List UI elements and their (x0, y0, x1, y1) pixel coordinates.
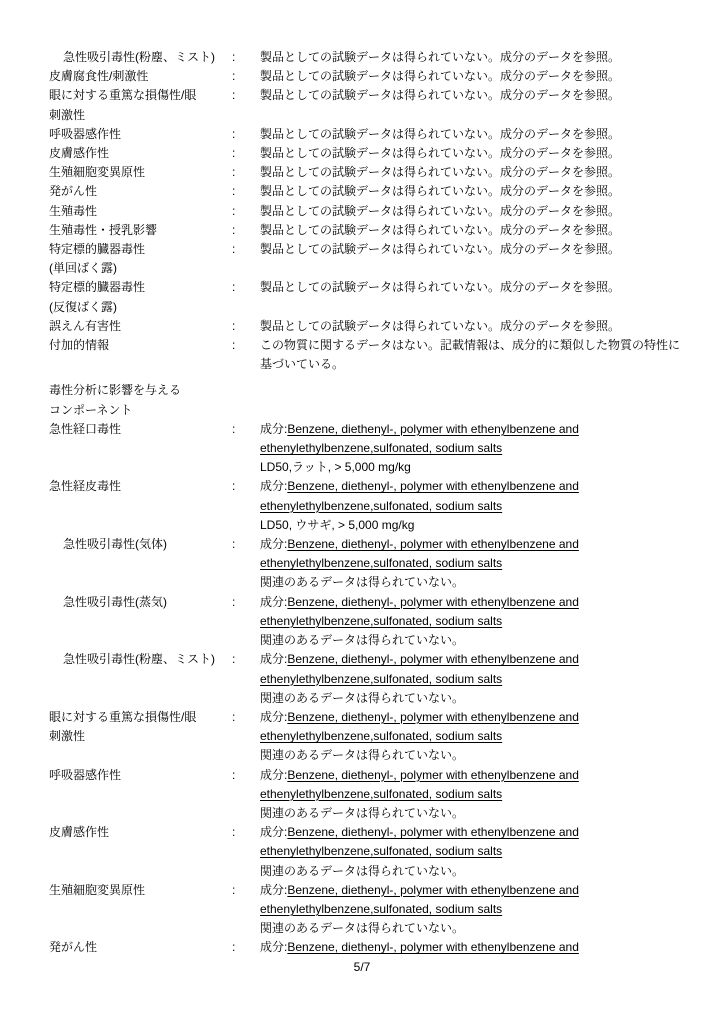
value-line: 関連のあるデータは得られていない。 (260, 746, 694, 765)
value-line: ethenylethylbenzene,sulfonated, sodium s… (260, 497, 694, 516)
text-segment: 成分: (260, 652, 287, 666)
row-label: 急性経皮毒性 (49, 477, 232, 496)
row-colon: : (232, 766, 260, 785)
value-line: 製品としての試験データは得られていない。成分のデータを参照。 (260, 67, 694, 86)
label-line: 刺激性 (49, 727, 232, 746)
label-line: 眼に対する重篤な損傷性/眼 (49, 708, 232, 727)
row-label: 呼吸器感作性 (49, 766, 232, 785)
table-row: 呼吸器感作性 : 成分:Benzene, diethenyl-, polymer… (49, 766, 694, 824)
row-value: 製品としての試験データは得られていない。成分のデータを参照。 (260, 163, 694, 182)
value-line: ethenylethylbenzene,sulfonated, sodium s… (260, 900, 694, 919)
value-line: 基づいている。 (260, 355, 694, 374)
row-label: 生殖毒性 (49, 202, 232, 221)
row-label: 生殖細胞変異原性 (49, 163, 232, 182)
row-value: 製品としての試験データは得られていない。成分のデータを参照。 (260, 144, 694, 163)
table-row: 呼吸器感作性 : 製品としての試験データは得られていない。成分のデータを参照。 (49, 125, 694, 144)
component-name: ethenylethylbenzene,sulfonated, sodium s… (260, 787, 502, 801)
row-colon: : (232, 881, 260, 900)
row-value: 製品としての試験データは得られていない。成分のデータを参照。 (260, 48, 694, 67)
row-colon: : (232, 221, 260, 240)
row-colon: : (232, 67, 260, 86)
row-colon: : (232, 278, 260, 297)
label-line: 付加的情報 (49, 336, 232, 355)
row-label: 特定標的臓器毒性(反復ばく露) (49, 278, 232, 316)
component-name: Benzene, diethenyl-, polymer with etheny… (287, 710, 579, 724)
row-label: 急性経口毒性 (49, 420, 232, 439)
value-line: 製品としての試験データは得られていない。成分のデータを参照。 (260, 202, 694, 221)
label-line: 刺激性 (49, 106, 232, 125)
text-segment: 関連のあるデータは得られていない。 (260, 691, 464, 705)
row-label: 皮膚腐食性/刺激性 (49, 67, 232, 86)
table-row: 急性吸引毒性(蒸気) : 成分:Benzene, diethenyl-, pol… (49, 593, 694, 651)
text-segment: 製品としての試験データは得られていない。成分のデータを参照。 (260, 319, 620, 333)
value-line: ethenylethylbenzene,sulfonated, sodium s… (260, 785, 694, 804)
value-line: LD50, ウサギ, > 5,000 mg/kg (260, 516, 694, 535)
table-row: 皮膚感作性 : 成分:Benzene, diethenyl-, polymer … (49, 823, 694, 881)
table-row: 眼に対する重篤な損傷性/眼刺激性 : 製品としての試験データは得られていない。成… (49, 86, 694, 124)
row-value: 成分:Benzene, diethenyl-, polymer with eth… (260, 420, 694, 478)
text-segment: 成分: (260, 537, 287, 551)
row-label: 急性吸引毒性(蒸気) (49, 593, 232, 612)
text-segment: 成分: (260, 825, 287, 839)
component-name: Benzene, diethenyl-, polymer with etheny… (287, 479, 579, 493)
component-name: ethenylethylbenzene,sulfonated, sodium s… (260, 844, 502, 858)
table-row: 毒性分析に影響を与えるコンポーネント (49, 381, 694, 419)
row-label: 急性吸引毒性(気体) (49, 535, 232, 554)
row-value: 成分:Benzene, diethenyl-, polymer with eth… (260, 477, 694, 535)
text-segment: LD50,ラット, > 5,000 mg/kg (260, 460, 411, 474)
text-segment: 製品としての試験データは得られていない。成分のデータを参照。 (260, 127, 620, 141)
row-colon: : (232, 535, 260, 554)
text-segment: 関連のあるデータは得られていない。 (260, 748, 464, 762)
label-line: 急性吸引毒性(粉塵、ミスト) (63, 48, 232, 67)
row-colon: : (232, 86, 260, 105)
value-line: ethenylethylbenzene,sulfonated, sodium s… (260, 727, 694, 746)
row-colon: : (232, 125, 260, 144)
component-name: Benzene, diethenyl-, polymer with etheny… (287, 883, 579, 897)
component-name: ethenylethylbenzene,sulfonated, sodium s… (260, 441, 502, 455)
row-label: 特定標的臓器毒性(単回ばく露) (49, 240, 232, 278)
label-line: 急性経口毒性 (49, 420, 232, 439)
row-colon: : (232, 240, 260, 259)
value-line: 成分:Benzene, diethenyl-, polymer with eth… (260, 938, 694, 957)
table-row: 急性吸引毒性(気体) : 成分:Benzene, diethenyl-, pol… (49, 535, 694, 593)
label-line: (単回ばく露) (49, 259, 232, 278)
row-value: 成分:Benzene, diethenyl-, polymer with eth… (260, 938, 694, 957)
row-colon: : (232, 650, 260, 669)
text-segment: 関連のあるデータは得られていない。 (260, 921, 464, 935)
value-line: ethenylethylbenzene,sulfonated, sodium s… (260, 439, 694, 458)
label-line: 誤えん有害性 (49, 317, 232, 336)
table-row: 皮膚感作性 : 製品としての試験データは得られていない。成分のデータを参照。 (49, 144, 694, 163)
row-colon: : (232, 48, 260, 67)
label-line: 皮膚感作性 (49, 823, 232, 842)
row-label: 急性吸引毒性(粉塵、ミスト) (49, 650, 232, 669)
value-line: 関連のあるデータは得られていない。 (260, 862, 694, 881)
row-value: 製品としての試験データは得られていない。成分のデータを参照。 (260, 182, 694, 201)
component-name: Benzene, diethenyl-, polymer with etheny… (287, 422, 579, 436)
value-line: 製品としての試験データは得られていない。成分のデータを参照。 (260, 278, 694, 297)
row-value: 製品としての試験データは得られていない。成分のデータを参照。 (260, 67, 694, 86)
row-value: 成分:Benzene, diethenyl-, polymer with eth… (260, 823, 694, 881)
text-segment: 成分: (260, 710, 287, 724)
value-line: 成分:Benzene, diethenyl-, polymer with eth… (260, 593, 694, 612)
label-line: 呼吸器感作性 (49, 766, 232, 785)
table-row: 付加的情報 : この物質に関するデータはない。記載情報は、成分的に類似した物質の… (49, 336, 694, 374)
value-line: ethenylethylbenzene,sulfonated, sodium s… (260, 670, 694, 689)
component-name: ethenylethylbenzene,sulfonated, sodium s… (260, 614, 502, 628)
text-segment: 関連のあるデータは得られていない。 (260, 864, 464, 878)
label-line: 皮膚腐食性/刺激性 (49, 67, 232, 86)
value-line: 成分:Benzene, diethenyl-, polymer with eth… (260, 650, 694, 669)
row-colon: : (232, 144, 260, 163)
value-line: 製品としての試験データは得られていない。成分のデータを参照。 (260, 86, 694, 105)
text-segment: 製品としての試験データは得られていない。成分のデータを参照。 (260, 280, 620, 294)
label-line: 発がん性 (49, 938, 232, 957)
value-line: 製品としての試験データは得られていない。成分のデータを参照。 (260, 240, 694, 259)
label-line: 眼に対する重篤な損傷性/眼 (49, 86, 232, 105)
text-segment: 成分: (260, 422, 287, 436)
label-line: 特定標的臓器毒性 (49, 278, 232, 297)
row-value: 製品としての試験データは得られていない。成分のデータを参照。 (260, 278, 694, 297)
table-row: 生殖細胞変異原性 : 製品としての試験データは得られていない。成分のデータを参照… (49, 163, 694, 182)
value-line: 関連のあるデータは得られていない。 (260, 919, 694, 938)
component-name: ethenylethylbenzene,sulfonated, sodium s… (260, 556, 502, 570)
value-line: 製品としての試験データは得られていない。成分のデータを参照。 (260, 48, 694, 67)
row-value: 成分:Benzene, diethenyl-, polymer with eth… (260, 650, 694, 708)
table-row: 急性吸引毒性(粉塵、ミスト) : 成分:Benzene, diethenyl-,… (49, 650, 694, 708)
label-line: 急性吸引毒性(蒸気) (63, 593, 232, 612)
text-segment: 成分: (260, 479, 287, 493)
value-line: 製品としての試験データは得られていない。成分のデータを参照。 (260, 125, 694, 144)
value-line: 関連のあるデータは得られていない。 (260, 631, 694, 650)
table-row: 急性経口毒性 : 成分:Benzene, diethenyl-, polymer… (49, 420, 694, 478)
table-row: 発がん性 : 製品としての試験データは得られていない。成分のデータを参照。 (49, 182, 694, 201)
value-line: 成分:Benzene, diethenyl-, polymer with eth… (260, 420, 694, 439)
text-segment: 製品としての試験データは得られていない。成分のデータを参照。 (260, 204, 620, 218)
table-row: 特定標的臓器毒性(反復ばく露) : 製品としての試験データは得られていない。成分… (49, 278, 694, 316)
label-line: コンポーネント (49, 401, 232, 420)
row-label: 生殖毒性・授乳影響 (49, 221, 232, 240)
row-value: 成分:Benzene, diethenyl-, polymer with eth… (260, 881, 694, 939)
value-line: 製品としての試験データは得られていない。成分のデータを参照。 (260, 182, 694, 201)
row-label: 眼に対する重篤な損傷性/眼刺激性 (49, 708, 232, 746)
row-label: 発がん性 (49, 182, 232, 201)
row-value: 製品としての試験データは得られていない。成分のデータを参照。 (260, 240, 694, 259)
component-name: Benzene, diethenyl-, polymer with etheny… (287, 652, 579, 666)
component-name: ethenylethylbenzene,sulfonated, sodium s… (260, 902, 502, 916)
row-value: 成分:Benzene, diethenyl-, polymer with eth… (260, 535, 694, 593)
row-label: 眼に対する重篤な損傷性/眼刺激性 (49, 86, 232, 124)
value-line: LD50,ラット, > 5,000 mg/kg (260, 458, 694, 477)
table-row: 誤えん有害性 : 製品としての試験データは得られていない。成分のデータを参照。 (49, 317, 694, 336)
text-segment: 製品としての試験データは得られていない。成分のデータを参照。 (260, 242, 620, 256)
row-colon: : (232, 708, 260, 727)
toxicology-table: 急性吸引毒性(粉塵、ミスト) : 製品としての試験データは得られていない。成分の… (49, 48, 694, 958)
table-row: 生殖細胞変異原性 : 成分:Benzene, diethenyl-, polym… (49, 881, 694, 939)
value-line: 関連のあるデータは得られていない。 (260, 804, 694, 823)
table-row: 眼に対する重篤な損傷性/眼刺激性 : 成分:Benzene, diethenyl… (49, 708, 694, 766)
value-line: ethenylethylbenzene,sulfonated, sodium s… (260, 842, 694, 861)
value-line: 製品としての試験データは得られていない。成分のデータを参照。 (260, 163, 694, 182)
label-line: 急性吸引毒性(気体) (63, 535, 232, 554)
label-line: 生殖毒性 (49, 202, 232, 221)
value-line: 成分:Benzene, diethenyl-, polymer with eth… (260, 535, 694, 554)
text-segment: 関連のあるデータは得られていない。 (260, 806, 464, 820)
label-line: 急性吸引毒性(粉塵、ミスト) (63, 650, 232, 669)
value-line: 関連のあるデータは得られていない。 (260, 573, 694, 592)
row-colon: : (232, 823, 260, 842)
value-line: この物質に関するデータはない。記載情報は、成分的に類似した物質の特性に (260, 336, 694, 355)
row-label: 付加的情報 (49, 336, 232, 355)
label-line: 毒性分析に影響を与える (49, 381, 232, 400)
row-colon: : (232, 938, 260, 957)
value-line: ethenylethylbenzene,sulfonated, sodium s… (260, 554, 694, 573)
sds-document-page: 急性吸引毒性(粉塵、ミスト) : 製品としての試験データは得られていない。成分の… (0, 0, 724, 1024)
table-row: 発がん性 : 成分:Benzene, diethenyl-, polymer w… (49, 938, 694, 957)
text-segment: 成分: (260, 768, 287, 782)
text-segment: 成分: (260, 595, 287, 609)
label-line: 生殖細胞変異原性 (49, 881, 232, 900)
text-segment: 製品としての試験データは得られていない。成分のデータを参照。 (260, 146, 620, 160)
table-row: 特定標的臓器毒性(単回ばく露) : 製品としての試験データは得られていない。成分… (49, 240, 694, 278)
text-segment: 製品としての試験データは得られていない。成分のデータを参照。 (260, 69, 620, 83)
label-line: 皮膚感作性 (49, 144, 232, 163)
row-value: 製品としての試験データは得られていない。成分のデータを参照。 (260, 221, 694, 240)
row-label: 急性吸引毒性(粉塵、ミスト) (49, 48, 232, 67)
component-name: Benzene, diethenyl-, polymer with etheny… (287, 768, 579, 782)
row-value: 製品としての試験データは得られていない。成分のデータを参照。 (260, 125, 694, 144)
component-name: Benzene, diethenyl-, polymer with etheny… (287, 825, 579, 839)
label-line: (反復ばく露) (49, 298, 232, 317)
table-row: 急性吸引毒性(粉塵、ミスト) : 製品としての試験データは得られていない。成分の… (49, 48, 694, 67)
value-line: 関連のあるデータは得られていない。 (260, 689, 694, 708)
table-row: 生殖毒性・授乳影響 : 製品としての試験データは得られていない。成分のデータを参… (49, 221, 694, 240)
table-row: 急性経皮毒性 : 成分:Benzene, diethenyl-, polymer… (49, 477, 694, 535)
label-line: 特定標的臓器毒性 (49, 240, 232, 259)
page-number: 5/7 (0, 958, 724, 977)
row-colon: : (232, 336, 260, 355)
label-line: 生殖細胞変異原性 (49, 163, 232, 182)
row-colon: : (232, 163, 260, 182)
text-segment: LD50, ウサギ, > 5,000 mg/kg (260, 518, 414, 532)
row-value: この物質に関するデータはない。記載情報は、成分的に類似した物質の特性に基づいてい… (260, 336, 694, 374)
text-segment: 成分: (260, 940, 287, 954)
table-row: 生殖毒性 : 製品としての試験データは得られていない。成分のデータを参照。 (49, 202, 694, 221)
label-line: 急性経皮毒性 (49, 477, 232, 496)
table-row: 皮膚腐食性/刺激性 : 製品としての試験データは得られていない。成分のデータを参… (49, 67, 694, 86)
text-segment: 製品としての試験データは得られていない。成分のデータを参照。 (260, 184, 620, 198)
label-line: 発がん性 (49, 182, 232, 201)
value-line: 成分:Benzene, diethenyl-, polymer with eth… (260, 766, 694, 785)
value-line: 成分:Benzene, diethenyl-, polymer with eth… (260, 881, 694, 900)
text-segment: 関連のあるデータは得られていない。 (260, 633, 464, 647)
row-label: 呼吸器感作性 (49, 125, 232, 144)
row-colon: : (232, 477, 260, 496)
row-colon: : (232, 182, 260, 201)
row-label: 皮膚感作性 (49, 823, 232, 842)
value-line: 成分:Benzene, diethenyl-, polymer with eth… (260, 823, 694, 842)
component-name: ethenylethylbenzene,sulfonated, sodium s… (260, 729, 502, 743)
component-name: ethenylethylbenzene,sulfonated, sodium s… (260, 499, 502, 513)
component-name: Benzene, diethenyl-, polymer with etheny… (287, 537, 579, 551)
text-segment: 製品としての試験データは得られていない。成分のデータを参照。 (260, 50, 620, 64)
row-colon: : (232, 420, 260, 439)
text-segment: 製品としての試験データは得られていない。成分のデータを参照。 (260, 88, 620, 102)
value-line: 成分:Benzene, diethenyl-, polymer with eth… (260, 708, 694, 727)
text-segment: この物質に関するデータはない。記載情報は、成分的に類似した物質の特性に (260, 338, 680, 352)
row-label: 生殖細胞変異原性 (49, 881, 232, 900)
value-line: 成分:Benzene, diethenyl-, polymer with eth… (260, 477, 694, 496)
row-label: 誤えん有害性 (49, 317, 232, 336)
row-value: 製品としての試験データは得られていない。成分のデータを参照。 (260, 86, 694, 105)
label-line: 生殖毒性・授乳影響 (49, 221, 232, 240)
row-label: 発がん性 (49, 938, 232, 957)
row-colon: : (232, 317, 260, 336)
row-value: 成分:Benzene, diethenyl-, polymer with eth… (260, 593, 694, 651)
text-segment: 基づいている。 (260, 357, 344, 371)
row-colon: : (232, 202, 260, 221)
value-line: ethenylethylbenzene,sulfonated, sodium s… (260, 612, 694, 631)
row-label: 毒性分析に影響を与えるコンポーネント (49, 381, 232, 419)
component-name: Benzene, diethenyl-, polymer with etheny… (287, 940, 579, 954)
row-value: 成分:Benzene, diethenyl-, polymer with eth… (260, 766, 694, 824)
row-value: 成分:Benzene, diethenyl-, polymer with eth… (260, 708, 694, 766)
label-line: 呼吸器感作性 (49, 125, 232, 144)
component-name: ethenylethylbenzene,sulfonated, sodium s… (260, 672, 502, 686)
row-value: 製品としての試験データは得られていない。成分のデータを参照。 (260, 202, 694, 221)
row-value: 製品としての試験データは得られていない。成分のデータを参照。 (260, 317, 694, 336)
text-segment: 製品としての試験データは得られていない。成分のデータを参照。 (260, 165, 620, 179)
value-line: 製品としての試験データは得られていない。成分のデータを参照。 (260, 221, 694, 240)
row-label: 皮膚感作性 (49, 144, 232, 163)
row-colon: : (232, 593, 260, 612)
text-segment: 成分: (260, 883, 287, 897)
value-line: 製品としての試験データは得られていない。成分のデータを参照。 (260, 144, 694, 163)
text-segment: 製品としての試験データは得られていない。成分のデータを参照。 (260, 223, 620, 237)
value-line: 製品としての試験データは得られていない。成分のデータを参照。 (260, 317, 694, 336)
text-segment: 関連のあるデータは得られていない。 (260, 575, 464, 589)
component-name: Benzene, diethenyl-, polymer with etheny… (287, 595, 579, 609)
